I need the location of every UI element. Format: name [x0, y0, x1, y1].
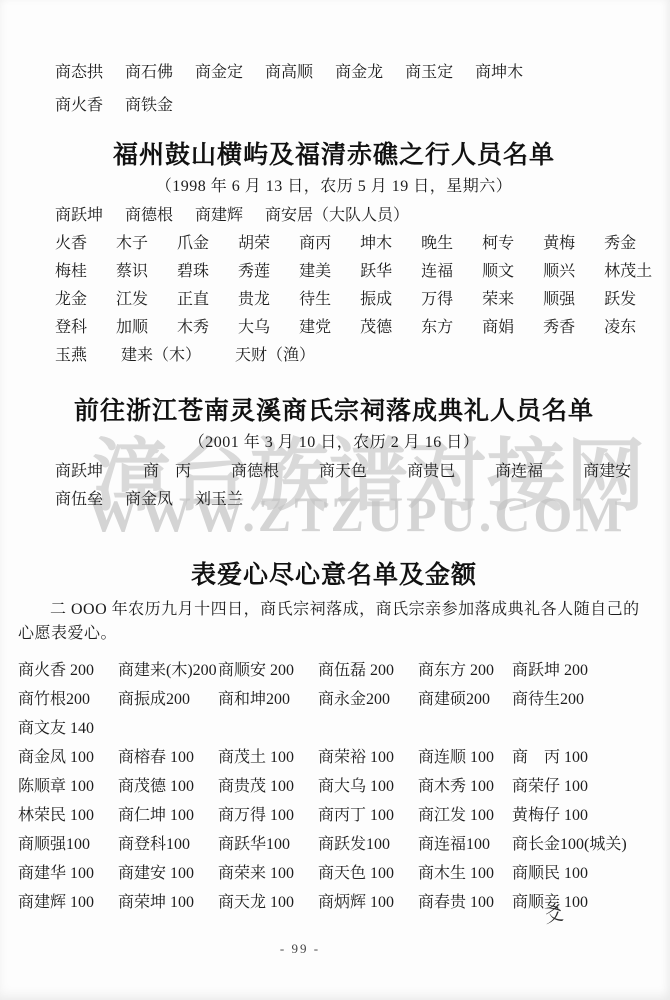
person-name: 建党 [299, 317, 331, 339]
person-name: 商安居（大队人员） [265, 205, 409, 227]
donation-entry: 商荣裕 100 [318, 743, 418, 772]
section2-name-row: 商伍垒商金凤刘玉兰 [55, 489, 650, 511]
donation-entry: 商茂土 100 [218, 743, 318, 772]
donation-entry: 商荣来 100 [218, 859, 318, 888]
person-name: 碧珠 [177, 261, 209, 283]
person-name: 坤木 [360, 233, 392, 255]
donation-entry: 商和坤200 [218, 685, 318, 714]
person-name: 商丙 [299, 233, 331, 255]
section2-title: 前往浙江苍南灵溪商氏宗祠落成典礼人员名单 [18, 397, 650, 425]
scanned-document-page: 漳台族谱对接网 WWW.ZTZUPU.COM 商态拱商石佛商金定商高顺商金龙商玉… [0, 0, 670, 1000]
donation-entry: 商建来(木)200 [118, 656, 218, 685]
person-name: 商铁金 [125, 95, 173, 117]
person-name: 商 丙 [143, 461, 191, 483]
donation-entry: 商建华 100 [18, 859, 118, 888]
section1-name-row: 登科加顺木秀大乌建党茂德东方商娟秀香凌东 [55, 317, 650, 339]
top-name-row-1: 商态拱商石佛商金定商高顺商金龙商玉定商坤木 [55, 62, 650, 84]
donation-entry: 商茂德 100 [118, 772, 218, 801]
donation-entry: 商永金200 [318, 685, 418, 714]
donation-entry: 商长金100(城关) [512, 830, 650, 859]
person-name: 商天色 [319, 461, 367, 483]
person-name: 火香 [55, 233, 87, 255]
person-name: 商金凤 [125, 489, 173, 511]
donation-entry: 商大乌 100 [318, 772, 418, 801]
person-name: 商贵巳 [407, 461, 455, 483]
person-name: 龙金 [55, 289, 87, 311]
donation-entry: 商跃华100 [218, 830, 318, 859]
person-name: 商金龙 [335, 62, 383, 84]
donation-entry: 商江发 100 [418, 801, 512, 830]
person-name: 顺文 [482, 261, 514, 283]
donation-entry: 商荣仔 100 [512, 772, 650, 801]
donation-entry: 商天色 100 [318, 859, 418, 888]
section1-title: 福州鼓山横屿及福清赤礁之行人员名单 [18, 141, 650, 169]
section1-name-row: 火香木子爪金胡荣商丙坤木晚生柯专黄梅秀金 [55, 233, 650, 255]
person-name: 商态拱 [55, 62, 103, 84]
person-name: 茂德 [360, 317, 392, 339]
donation-entry: 商丙丁 100 [318, 801, 418, 830]
person-name: 商建辉 [195, 205, 243, 227]
donation-entry: 商顺强100 [18, 830, 118, 859]
person-name: 荣来 [482, 289, 514, 311]
person-name: 柯专 [482, 233, 514, 255]
person-name: 林茂土 [604, 261, 652, 283]
donation-entry: 商顺妾 100爻 [512, 888, 650, 917]
donation-entry: 林荣民 100 [18, 801, 118, 830]
donation-entry: 商天龙 100 [218, 888, 318, 917]
donation-entry: 商仁坤 100 [118, 801, 218, 830]
donation-entry: 商连福100 [418, 830, 512, 859]
person-name: 顺兴 [543, 261, 575, 283]
donation-entry: 商建安 100 [118, 859, 218, 888]
top-name-row-2: 商火香商铁金 [55, 95, 650, 117]
person-name: 商德根 [125, 205, 173, 227]
donation-list: 商火香 200商建来(木)200商顺安 200商伍磊 200商东方 200商跃坤… [18, 656, 650, 917]
section2-name-row: 商跃坤商 丙商德根商天色商贵巳商连福商建安 [55, 461, 650, 483]
section1-name-row: 玉燕建来（木）天财（渔） [55, 345, 650, 367]
donation-entry: 商文友 140 [18, 714, 118, 743]
section1-name-row: 梅桂蔡识碧珠秀莲建美跃华连福顺文顺兴林茂土 [55, 261, 650, 283]
donation-entry: 商跃坤 200 [512, 656, 650, 685]
donation-empty-cell [218, 714, 318, 743]
person-name: 木秀 [177, 317, 209, 339]
person-name: 加顺 [116, 317, 148, 339]
donation-empty-cell [418, 714, 512, 743]
person-name: 连福 [421, 261, 453, 283]
person-name: 玉燕 [55, 345, 87, 367]
person-name: 商德根 [231, 461, 279, 483]
donation-entry: 商春贵 100 [418, 888, 512, 917]
donation-entry: 商竹根200 [18, 685, 118, 714]
person-name: 大乌 [238, 317, 270, 339]
section1-leader-row: 商跃坤商德根商建辉商安居（大队人员） [55, 205, 650, 227]
donation-entry: 商跃发100 [318, 830, 418, 859]
person-name: 商玉定 [405, 62, 453, 84]
person-name: 梅桂 [55, 261, 87, 283]
person-name: 黄梅 [543, 233, 575, 255]
handwritten-correction-mark: 爻 [544, 899, 566, 932]
person-name: 商金定 [195, 62, 243, 84]
donation-entry: 商顺民 100 [512, 859, 650, 888]
donation-entry: 商 丙 100 [512, 743, 650, 772]
section3-title: 表爱心尽心意名单及金额 [18, 561, 650, 589]
donation-empty-cell [118, 714, 218, 743]
person-name: 刘玉兰 [195, 489, 243, 511]
person-name: 商娟 [482, 317, 514, 339]
person-name: 贵龙 [238, 289, 270, 311]
donation-entry: 商金凤 100 [18, 743, 118, 772]
person-name: 顺强 [543, 289, 575, 311]
donation-entry: 商木秀 100 [418, 772, 512, 801]
person-name: 商石佛 [125, 62, 173, 84]
donation-empty-cell [512, 714, 650, 743]
donation-entry: 商建辉 100 [18, 888, 118, 917]
person-name: 天财（渔） [235, 345, 315, 367]
person-name: 商建安 [583, 461, 631, 483]
section1-name-row: 龙金江发正直贵龙待生振成万得荣来顺强跃发 [55, 289, 650, 311]
person-name: 东方 [421, 317, 453, 339]
donation-entry: 商建硕200 [418, 685, 512, 714]
page-content: 商态拱商石佛商金定商高顺商金龙商玉定商坤木 商火香商铁金 福州鼓山横屿及福清赤礁… [0, 0, 670, 917]
person-name: 待生 [299, 289, 331, 311]
person-name: 振成 [360, 289, 392, 311]
person-name: 秀莲 [238, 261, 270, 283]
donation-entry: 商伍磊 200 [318, 656, 418, 685]
person-name: 建美 [299, 261, 331, 283]
person-name: 正直 [177, 289, 209, 311]
person-name: 商连福 [495, 461, 543, 483]
person-name: 木子 [116, 233, 148, 255]
page-number: - 99 - [0, 941, 600, 957]
person-name: 跃华 [360, 261, 392, 283]
person-name: 跃发 [604, 289, 636, 311]
person-name: 秀金 [604, 233, 636, 255]
donation-entry: 商火香 200 [18, 656, 118, 685]
donation-entry: 商连顺 100 [418, 743, 512, 772]
person-name: 商火香 [55, 95, 103, 117]
donation-entry: 商振成200 [118, 685, 218, 714]
donation-entry: 商荣坤 100 [118, 888, 218, 917]
person-name: 商跃坤 [55, 461, 103, 483]
donation-entry: 商万得 100 [218, 801, 318, 830]
person-name: 登科 [55, 317, 87, 339]
person-name: 秀香 [543, 317, 575, 339]
person-name: 商伍垒 [55, 489, 103, 511]
donation-entry: 黄梅仔 100 [512, 801, 650, 830]
donation-entry: 商贵茂 100 [218, 772, 318, 801]
person-name: 胡荣 [238, 233, 270, 255]
person-name: 晚生 [421, 233, 453, 255]
person-name: 万得 [421, 289, 453, 311]
donation-entry: 商登科100 [118, 830, 218, 859]
section3-paragraph: 二 OOO 年农历九月十四日，商氏宗祠落成，商氏宗亲参加落成典礼各人随自己的心愿… [18, 598, 644, 646]
person-name: 爪金 [177, 233, 209, 255]
donation-entry: 商待生200 [512, 685, 650, 714]
person-name: 凌东 [604, 317, 636, 339]
person-name: 蔡识 [116, 261, 148, 283]
donation-entry: 商顺安 200 [218, 656, 318, 685]
person-name: 建来（木） [121, 345, 201, 367]
person-name: 商高顺 [265, 62, 313, 84]
donation-entry: 商木生 100 [418, 859, 512, 888]
donation-entry: 商东方 200 [418, 656, 512, 685]
person-name: 商跃坤 [55, 205, 103, 227]
section2-date-line: （2001 年 3 月 10 日，农历 2 月 16 日） [18, 432, 650, 454]
donation-entry: 陈顺章 100 [18, 772, 118, 801]
donation-entry: 商榕春 100 [118, 743, 218, 772]
person-name: 江发 [116, 289, 148, 311]
donation-empty-cell [318, 714, 418, 743]
person-name: 商坤木 [475, 62, 523, 84]
section1-date-line: （1998 年 6 月 13 日，农历 5 月 19 日，星期六） [18, 176, 650, 198]
donation-entry: 商炳辉 100 [318, 888, 418, 917]
